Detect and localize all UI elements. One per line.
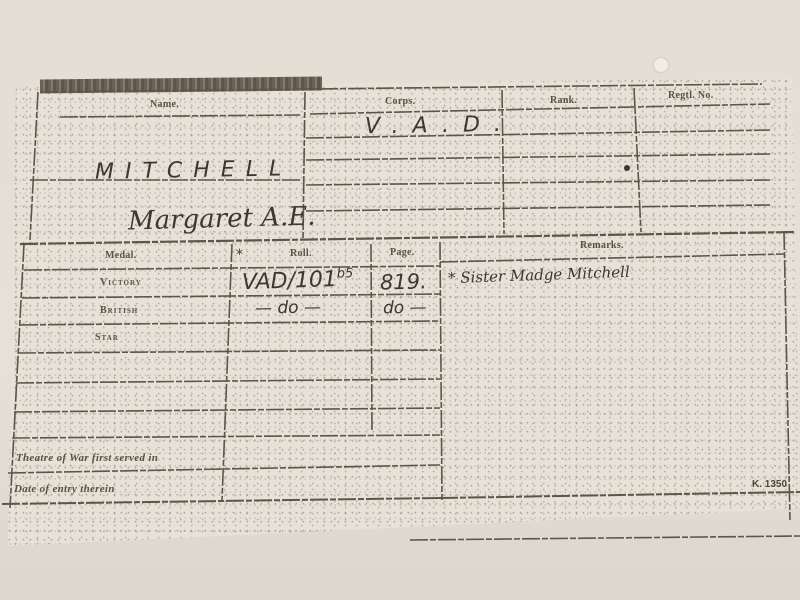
page-label: Page. [390, 247, 415, 258]
medal-name-star: Star [95, 332, 119, 343]
medal-index-card: Name. Corps. Rank. Regtl. No. V.A.D. MIT… [0, 0, 800, 600]
roll-label: Roll. [290, 248, 312, 259]
roll-value-british: — do — [255, 297, 321, 318]
ink-mark [624, 165, 630, 171]
theatre-label: Theatre of War first served in [16, 452, 158, 464]
regt-no-label: Regtl. No. [668, 90, 714, 101]
corps-value: V.A.D. [365, 112, 515, 140]
date-entry-label: Date of entry therein [14, 483, 115, 495]
roll-marker: * [236, 247, 243, 263]
roll-suffix: b5 [336, 266, 353, 282]
surname-value: MITCHELL [95, 156, 293, 184]
medal-label: Medal. [105, 250, 137, 261]
roll-value-victory: VAD/101b5 [242, 266, 354, 295]
rank-label: Rank. [550, 95, 577, 106]
corps-label: Corps. [385, 96, 415, 107]
roll-number: VAD/101 [242, 267, 338, 295]
page-value-british: do — [383, 298, 427, 319]
given-names-value: Margaret A.E. [128, 202, 316, 237]
page-value-victory: 819. [380, 269, 427, 294]
form-number: K. 1350 [752, 479, 787, 490]
medal-name-victory: Victory [100, 277, 142, 288]
remarks-label: Remarks. [580, 240, 624, 251]
name-label: Name. [150, 99, 179, 110]
medal-name-british: British [100, 305, 138, 316]
